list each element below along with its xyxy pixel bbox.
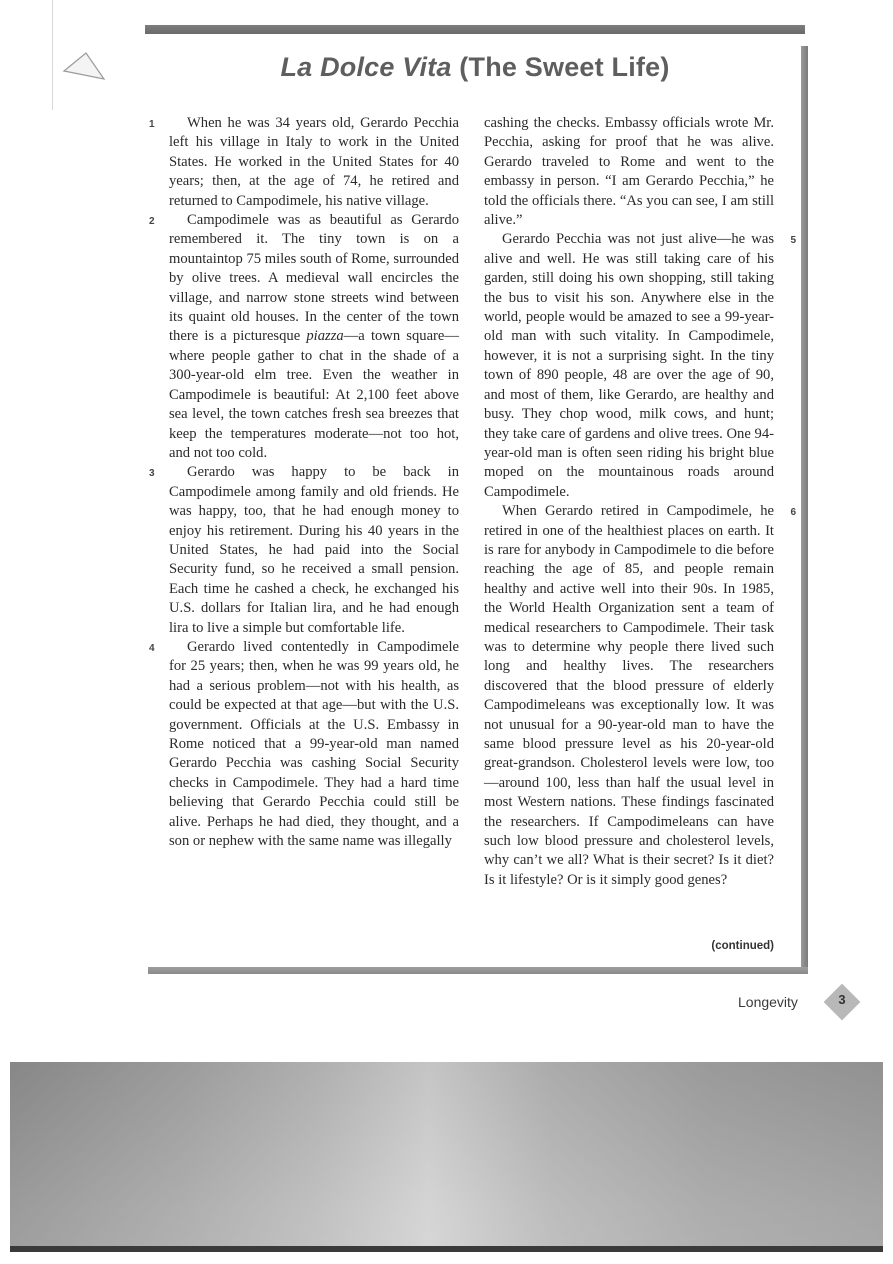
right-text-column: cashing the checks. Embassy officials wr… bbox=[484, 114, 774, 890]
paragraph-number: 1 bbox=[149, 115, 155, 134]
scan-margin-line bbox=[52, 0, 53, 110]
title-subtitle-part: (The Sweet Life) bbox=[452, 52, 670, 82]
paragraph-4-continuation: cashing the checks. Embassy officials wr… bbox=[484, 114, 774, 230]
paragraph-6: 6When Gerardo retired in Campodimele, he… bbox=[484, 502, 774, 890]
article-title: La Dolce Vita (The Sweet Life) bbox=[145, 52, 805, 83]
paragraph-text: Campodimele was as beautiful as Gerardo … bbox=[169, 212, 459, 344]
left-text-column: 1When he was 34 years old, Gerardo Pecch… bbox=[169, 114, 459, 851]
paragraph-text: Gerardo lived contentedly in Campodimele… bbox=[169, 639, 459, 849]
page-number: 3 bbox=[829, 992, 855, 1007]
paragraph-1: 1When he was 34 years old, Gerardo Pecch… bbox=[169, 114, 459, 211]
paragraph-text: Gerardo was happy to be back in Campodim… bbox=[169, 464, 459, 635]
footer-section-label: Longevity bbox=[738, 994, 798, 1010]
paragraph-number: 5 bbox=[790, 231, 796, 250]
title-italic-part: La Dolce Vita bbox=[280, 52, 451, 82]
paragraph-4: 4Gerardo lived contentedly in Campodimel… bbox=[169, 638, 459, 851]
paragraph-number: 4 bbox=[149, 639, 155, 658]
page-corner-fold-icon bbox=[58, 45, 118, 85]
paragraph-3: 3Gerardo was happy to be back in Campodi… bbox=[169, 463, 459, 638]
scanner-bed-shadow bbox=[10, 1062, 883, 1250]
continued-label: (continued) bbox=[484, 940, 774, 952]
paragraph-number: 3 bbox=[149, 464, 155, 483]
frame-bottom-border bbox=[148, 967, 808, 974]
paragraph-text: When he was 34 years old, Gerardo Pecchi… bbox=[169, 115, 459, 209]
paragraph-text: —a town square—where people gather to ch… bbox=[169, 328, 459, 460]
frame-right-border bbox=[801, 46, 808, 972]
paragraph-text: When Gerardo retired in Campodimele, he … bbox=[484, 503, 774, 888]
paragraph-number: 2 bbox=[149, 212, 155, 231]
italic-term-piazza: piazza bbox=[306, 328, 343, 344]
paragraph-number: 6 bbox=[790, 503, 796, 522]
scanner-bed-edge bbox=[10, 1246, 883, 1252]
paragraph-text: Gerardo Pecchia was not just alive—he wa… bbox=[484, 231, 774, 499]
paragraph-2: 2Campodimele was as beautiful as Gerardo… bbox=[169, 211, 459, 463]
frame-top-border bbox=[145, 25, 805, 34]
paragraph-5: 5Gerardo Pecchia was not just alive—he w… bbox=[484, 230, 774, 502]
